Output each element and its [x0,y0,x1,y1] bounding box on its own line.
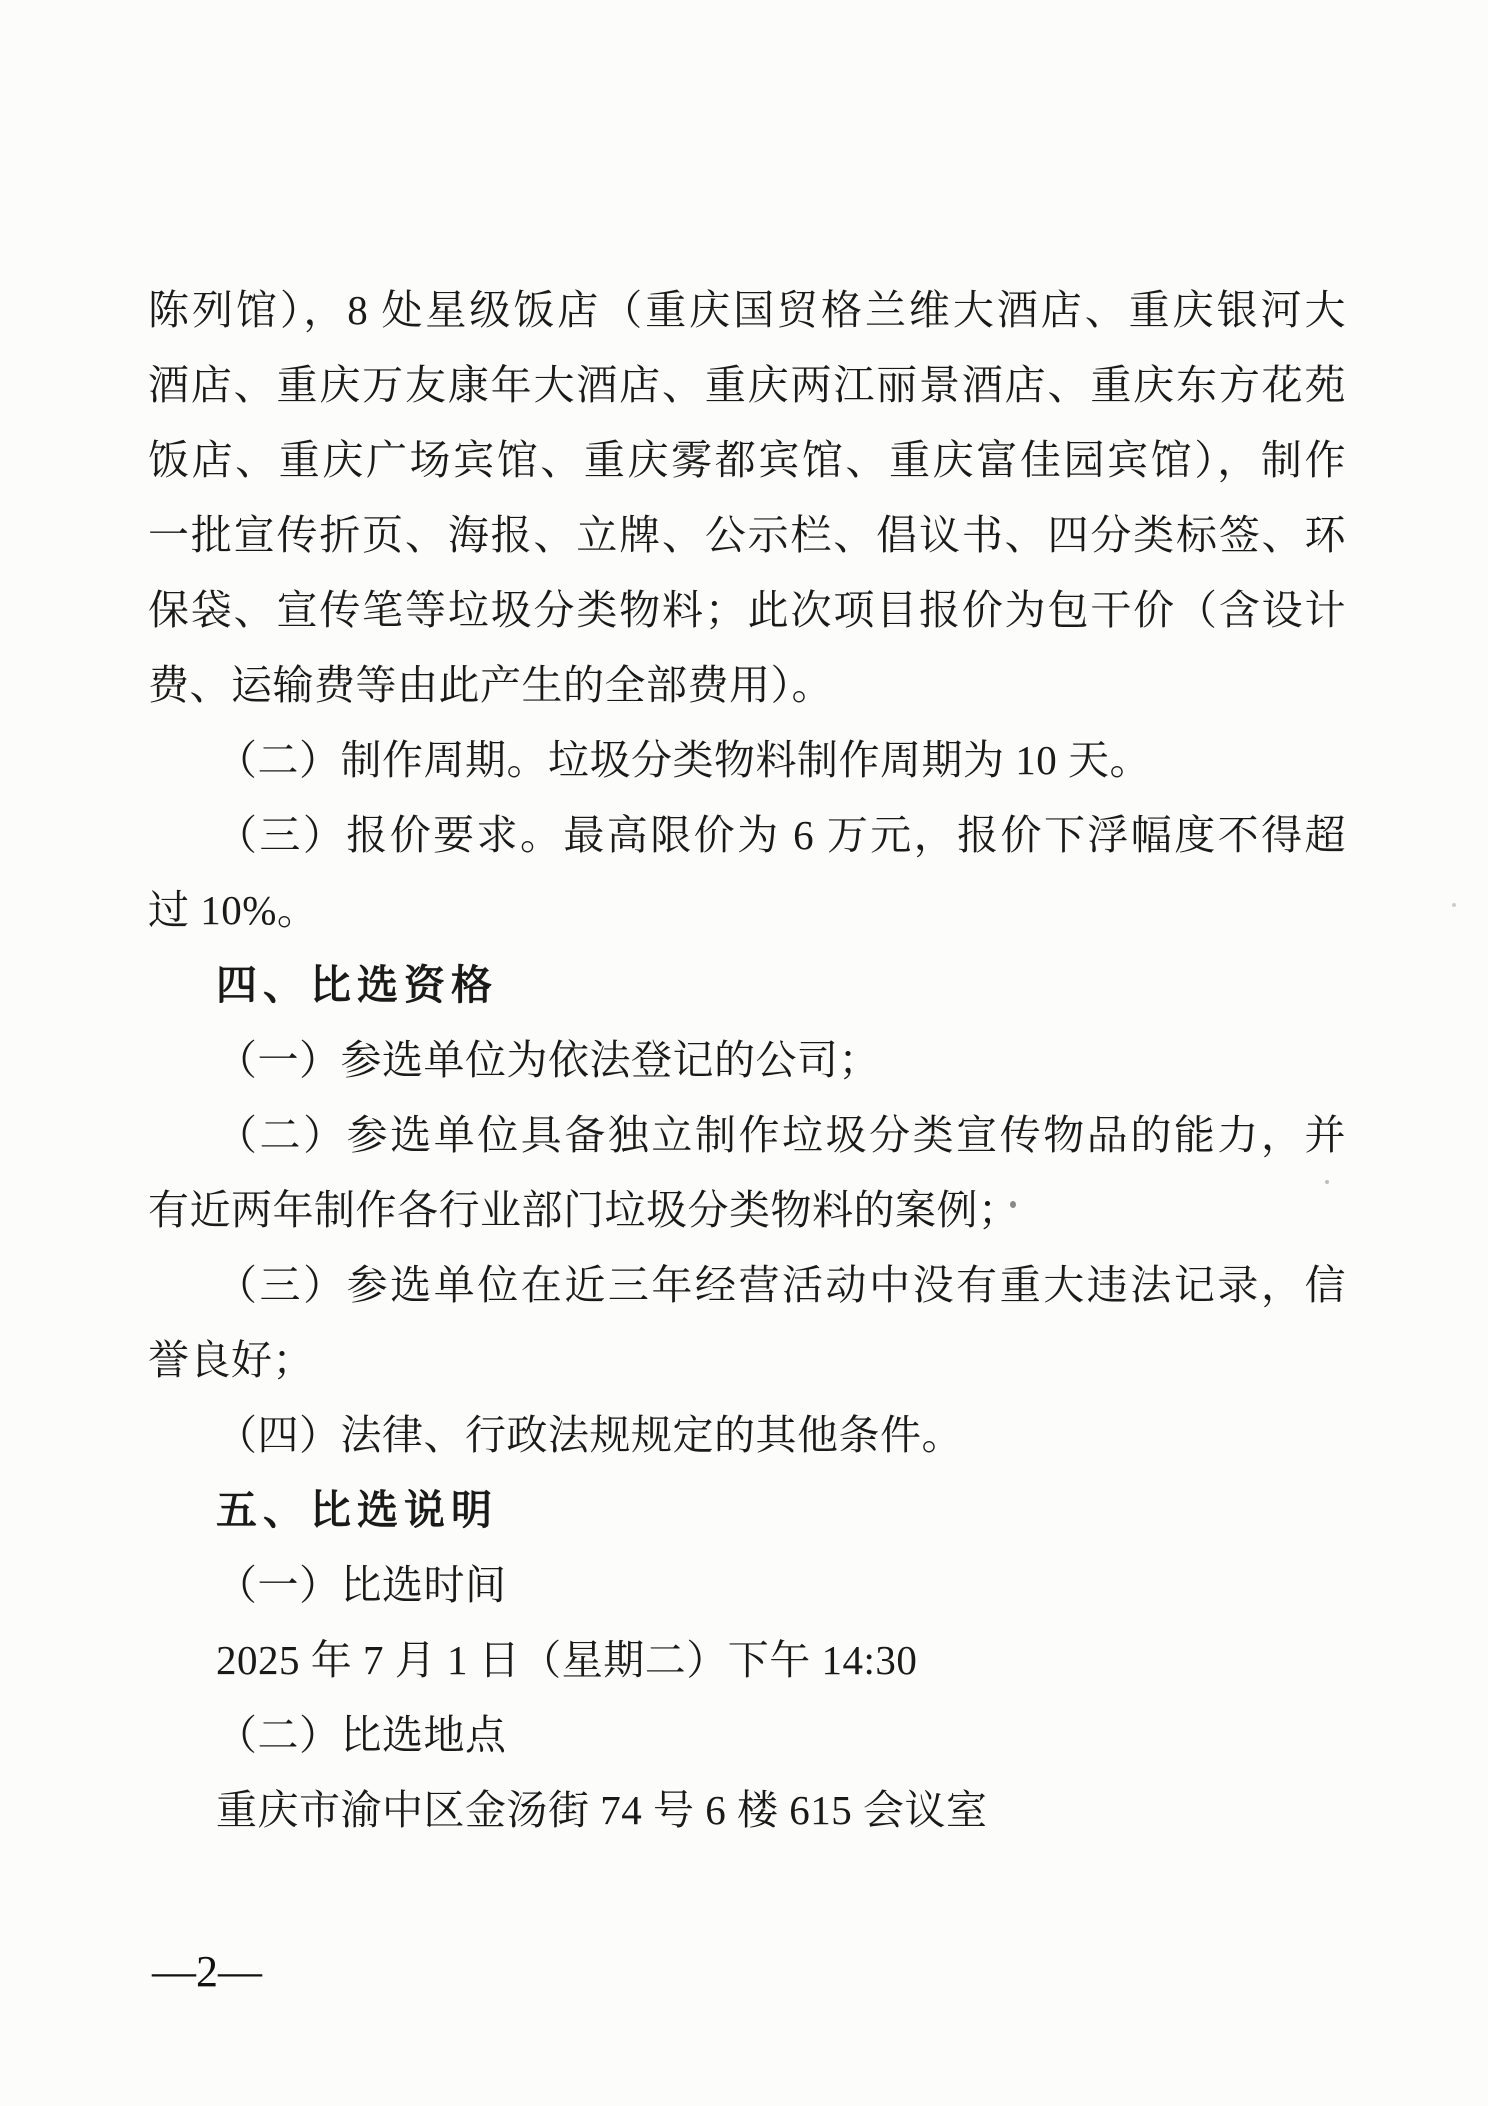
text-line: 过 10%。 [148,873,1346,948]
selection-place-label-line: （二）比选地点 [148,1698,1346,1773]
selection-time-value-line: 2025 年 7 月 1 日（星期二）下午 14:30 [148,1623,1346,1698]
text-line: 酒店、重庆万友康年大酒店、重庆两江丽景酒店、重庆东方花苑 [148,348,1346,423]
scan-noise-speck [1325,1180,1329,1184]
qualification-item-line: （二）参选单位具备独立制作垃圾分类宣传物品的能力，并 [148,1098,1346,1173]
production-period-line: （二）制作周期。垃圾分类物料制作周期为 10 天。 [148,723,1346,798]
selection-time-label-line: （一）比选时间 [148,1548,1346,1623]
scan-noise-speck [1010,1201,1016,1208]
document-page: 陈列馆），8 处星级饭店（重庆国贸格兰维大酒店、重庆银河大 酒店、重庆万友康年大… [0,0,1488,2106]
text-line: 饭店、重庆广场宾馆、重庆雾都宾馆、重庆富佳园宾馆），制作 [148,423,1346,498]
qualification-item-line: （三）参选单位在近三年经营活动中没有重大违法记录，信 [148,1248,1346,1323]
section-heading-instructions: 五、比选说明 [148,1473,1346,1548]
text-line: 誉良好； [148,1323,1346,1398]
qualification-item-line: （四）法律、行政法规规定的其他条件。 [148,1398,1346,1473]
text-line: 保袋、宣传笔等垃圾分类物料；此次项目报价为包干价（含设计 [148,573,1346,648]
text-line: 费、运输费等由此产生的全部费用）。 [148,648,1346,723]
page-number: —2— [152,1942,262,2002]
section-heading-qualification: 四、比选资格 [148,948,1346,1023]
price-requirement-line: （三）报价要求。最高限价为 6 万元，报价下浮幅度不得超 [148,798,1346,873]
text-line: 有近两年制作各行业部门垃圾分类物料的案例； [148,1173,1346,1248]
selection-place-value-line: 重庆市渝中区金汤街 74 号 6 楼 615 会议室 [148,1773,1346,1848]
text-line: 一批宣传折页、海报、立牌、公示栏、倡议书、四分类标签、环 [148,498,1346,573]
text-line: 陈列馆），8 处星级饭店（重庆国贸格兰维大酒店、重庆银河大 [148,273,1346,348]
scan-noise-speck [1452,903,1456,907]
qualification-item-line: （一）参选单位为依法登记的公司； [148,1023,1346,1098]
document-body: 陈列馆），8 处星级饭店（重庆国贸格兰维大酒店、重庆银河大 酒店、重庆万友康年大… [148,273,1346,1848]
